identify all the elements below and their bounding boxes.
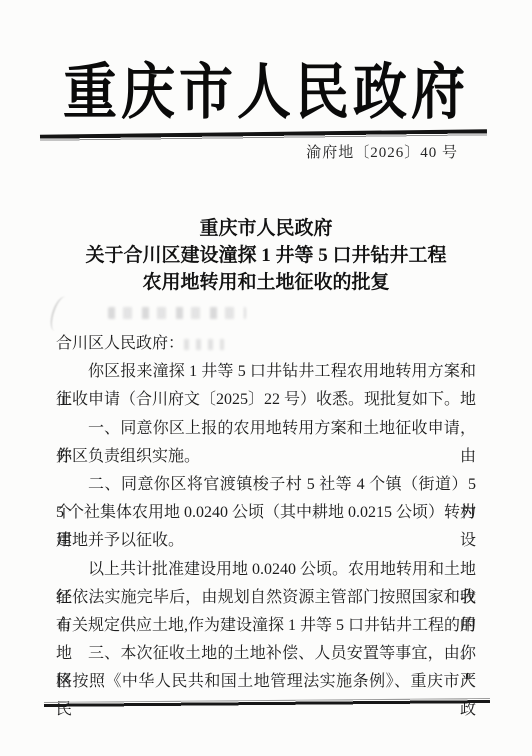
pencil-scan-mark xyxy=(47,294,73,333)
letterhead-org-name: 重庆市人民政府 xyxy=(0,62,532,122)
body-line: 格按照《中华人民共和国土地管理法实施条例》、重庆市人民政 xyxy=(56,668,476,696)
body-line: 经依法实施完毕后，由规划自然资源主管部门按照国家和我市的 xyxy=(56,584,476,612)
body-line: 你区报来潼探 1 井等 5 口井钻井工程农用地转用方案和土地 xyxy=(56,358,476,386)
title-line-3: 农用地转用和土地征收的批复 xyxy=(0,269,532,296)
body-line: 以上共计批准建设用地 0.0240 公顷。农用地转用和土地征收 xyxy=(56,556,476,584)
body-line: 二、同意你区将官渡镇梭子村 5 社等 4 个镇（街道）5 个村 xyxy=(56,471,476,499)
body-line: 有关规定供应土地,作为建设潼探 1 井等 5 口井钻井工程的用地。 xyxy=(56,612,476,640)
body-line: 三、本次征收土地的土地补偿、人员安置等事宜，由你区严 xyxy=(56,640,476,668)
body-line: 5 个社集体农用地 0.0240 公顷（其中耕地 0.0215 公顷）转为建设 xyxy=(56,499,476,527)
salutation: 合川区人民政府： xyxy=(56,330,476,358)
title-line-1: 重庆市人民政府 xyxy=(0,215,532,242)
body-line: 一、同意你区上报的农用地转用方案和土地征收申请，并由 xyxy=(56,415,476,443)
letterhead-rule xyxy=(40,129,487,141)
page-title: 重庆市人民政府 关于合川区建设潼探 1 井等 5 口井钻井工程 农用地转用和土地… xyxy=(0,215,532,296)
document-page: 重庆市人民政府 渝府地〔2026〕40 号 重庆市人民政府 关于合川区建设潼探 … xyxy=(0,0,532,756)
title-line-2: 关于合川区建设潼探 1 井等 5 口井钻井工程 xyxy=(0,242,532,269)
scan-smudge xyxy=(108,307,246,319)
body-text: 合川区人民政府： 你区报来潼探 1 井等 5 口井钻井工程农用地转用方案和土地征… xyxy=(56,330,476,696)
doc-number: 渝府地〔2026〕40 号 xyxy=(306,141,458,162)
body-line: 征收申请（合川府文〔2025〕22 号）收悉。现批复如下。 xyxy=(56,386,476,414)
